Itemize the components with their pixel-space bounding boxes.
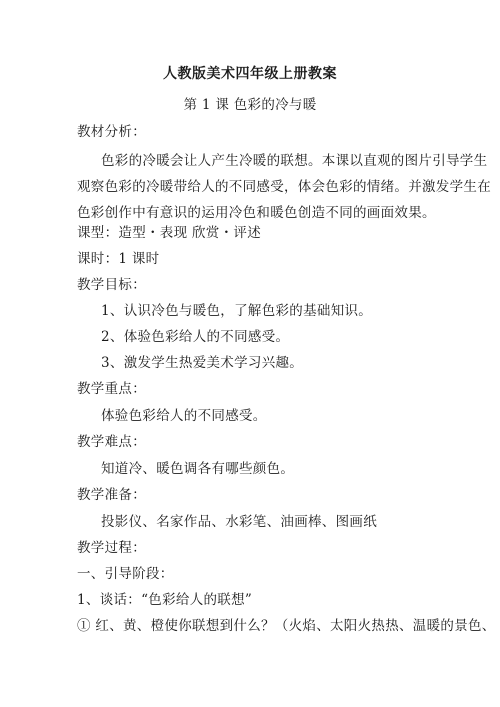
analysis-heading: 教材分析： [77,123,146,141]
analysis-line-3: 色彩创作中有意识的运用冷色和暖色创造不同的画面效果。 [77,204,436,222]
lesson-type: 课型：造型・表现 欣赏・评述 [77,224,261,242]
process-question: ① 红、黄、橙使你联想到什么？（火焰、太阳火热热、温暖的景色、 [77,617,496,635]
document-page: 人教版美术四年级上册教案 第 1 课 色彩的冷与暖 教材分析： 色彩的冷暖会让人… [0,0,500,707]
analysis-line-2: 观察色彩的冷暖带给人的不同感受，体会色彩的情绪。并激发学生在 [77,178,491,196]
preparation-heading: 教学准备： [77,486,146,504]
process-step: 1、谈话：“色彩给人的联想” [77,591,252,609]
difficulties-heading: 教学难点： [77,433,146,451]
objective-item-2: 2、体验色彩给人的不同感受。 [101,328,289,346]
process-stage: 一、引导阶段： [77,565,174,583]
analysis-line-1: 色彩的冷暖会让人产生冷暖的联想。本课以直观的图片引导学生 [101,152,487,170]
document-title: 人教版美术四年级上册教案 [0,65,500,83]
key-points-heading: 教学重点： [77,380,146,398]
objective-item-1: 1、认识冷色与暖色，了解色彩的基础知识。 [101,302,372,320]
process-heading: 教学过程： [77,539,146,557]
objectives-heading: 教学目标： [77,276,146,294]
objective-item-3: 3、激发学生热爱美术学习兴趣。 [101,354,303,372]
lesson-subtitle: 第 1 课 色彩的冷与暖 [0,96,500,114]
lesson-hours: 课时：1 课时 [77,250,159,268]
difficulties-text: 知道冷、暖色调各有哪些颜色。 [101,460,294,478]
key-points-text: 体验色彩给人的不同感受。 [101,407,267,425]
preparation-text: 投影仪、名家作品、水彩笔、油画棒、图画纸 [101,513,377,531]
